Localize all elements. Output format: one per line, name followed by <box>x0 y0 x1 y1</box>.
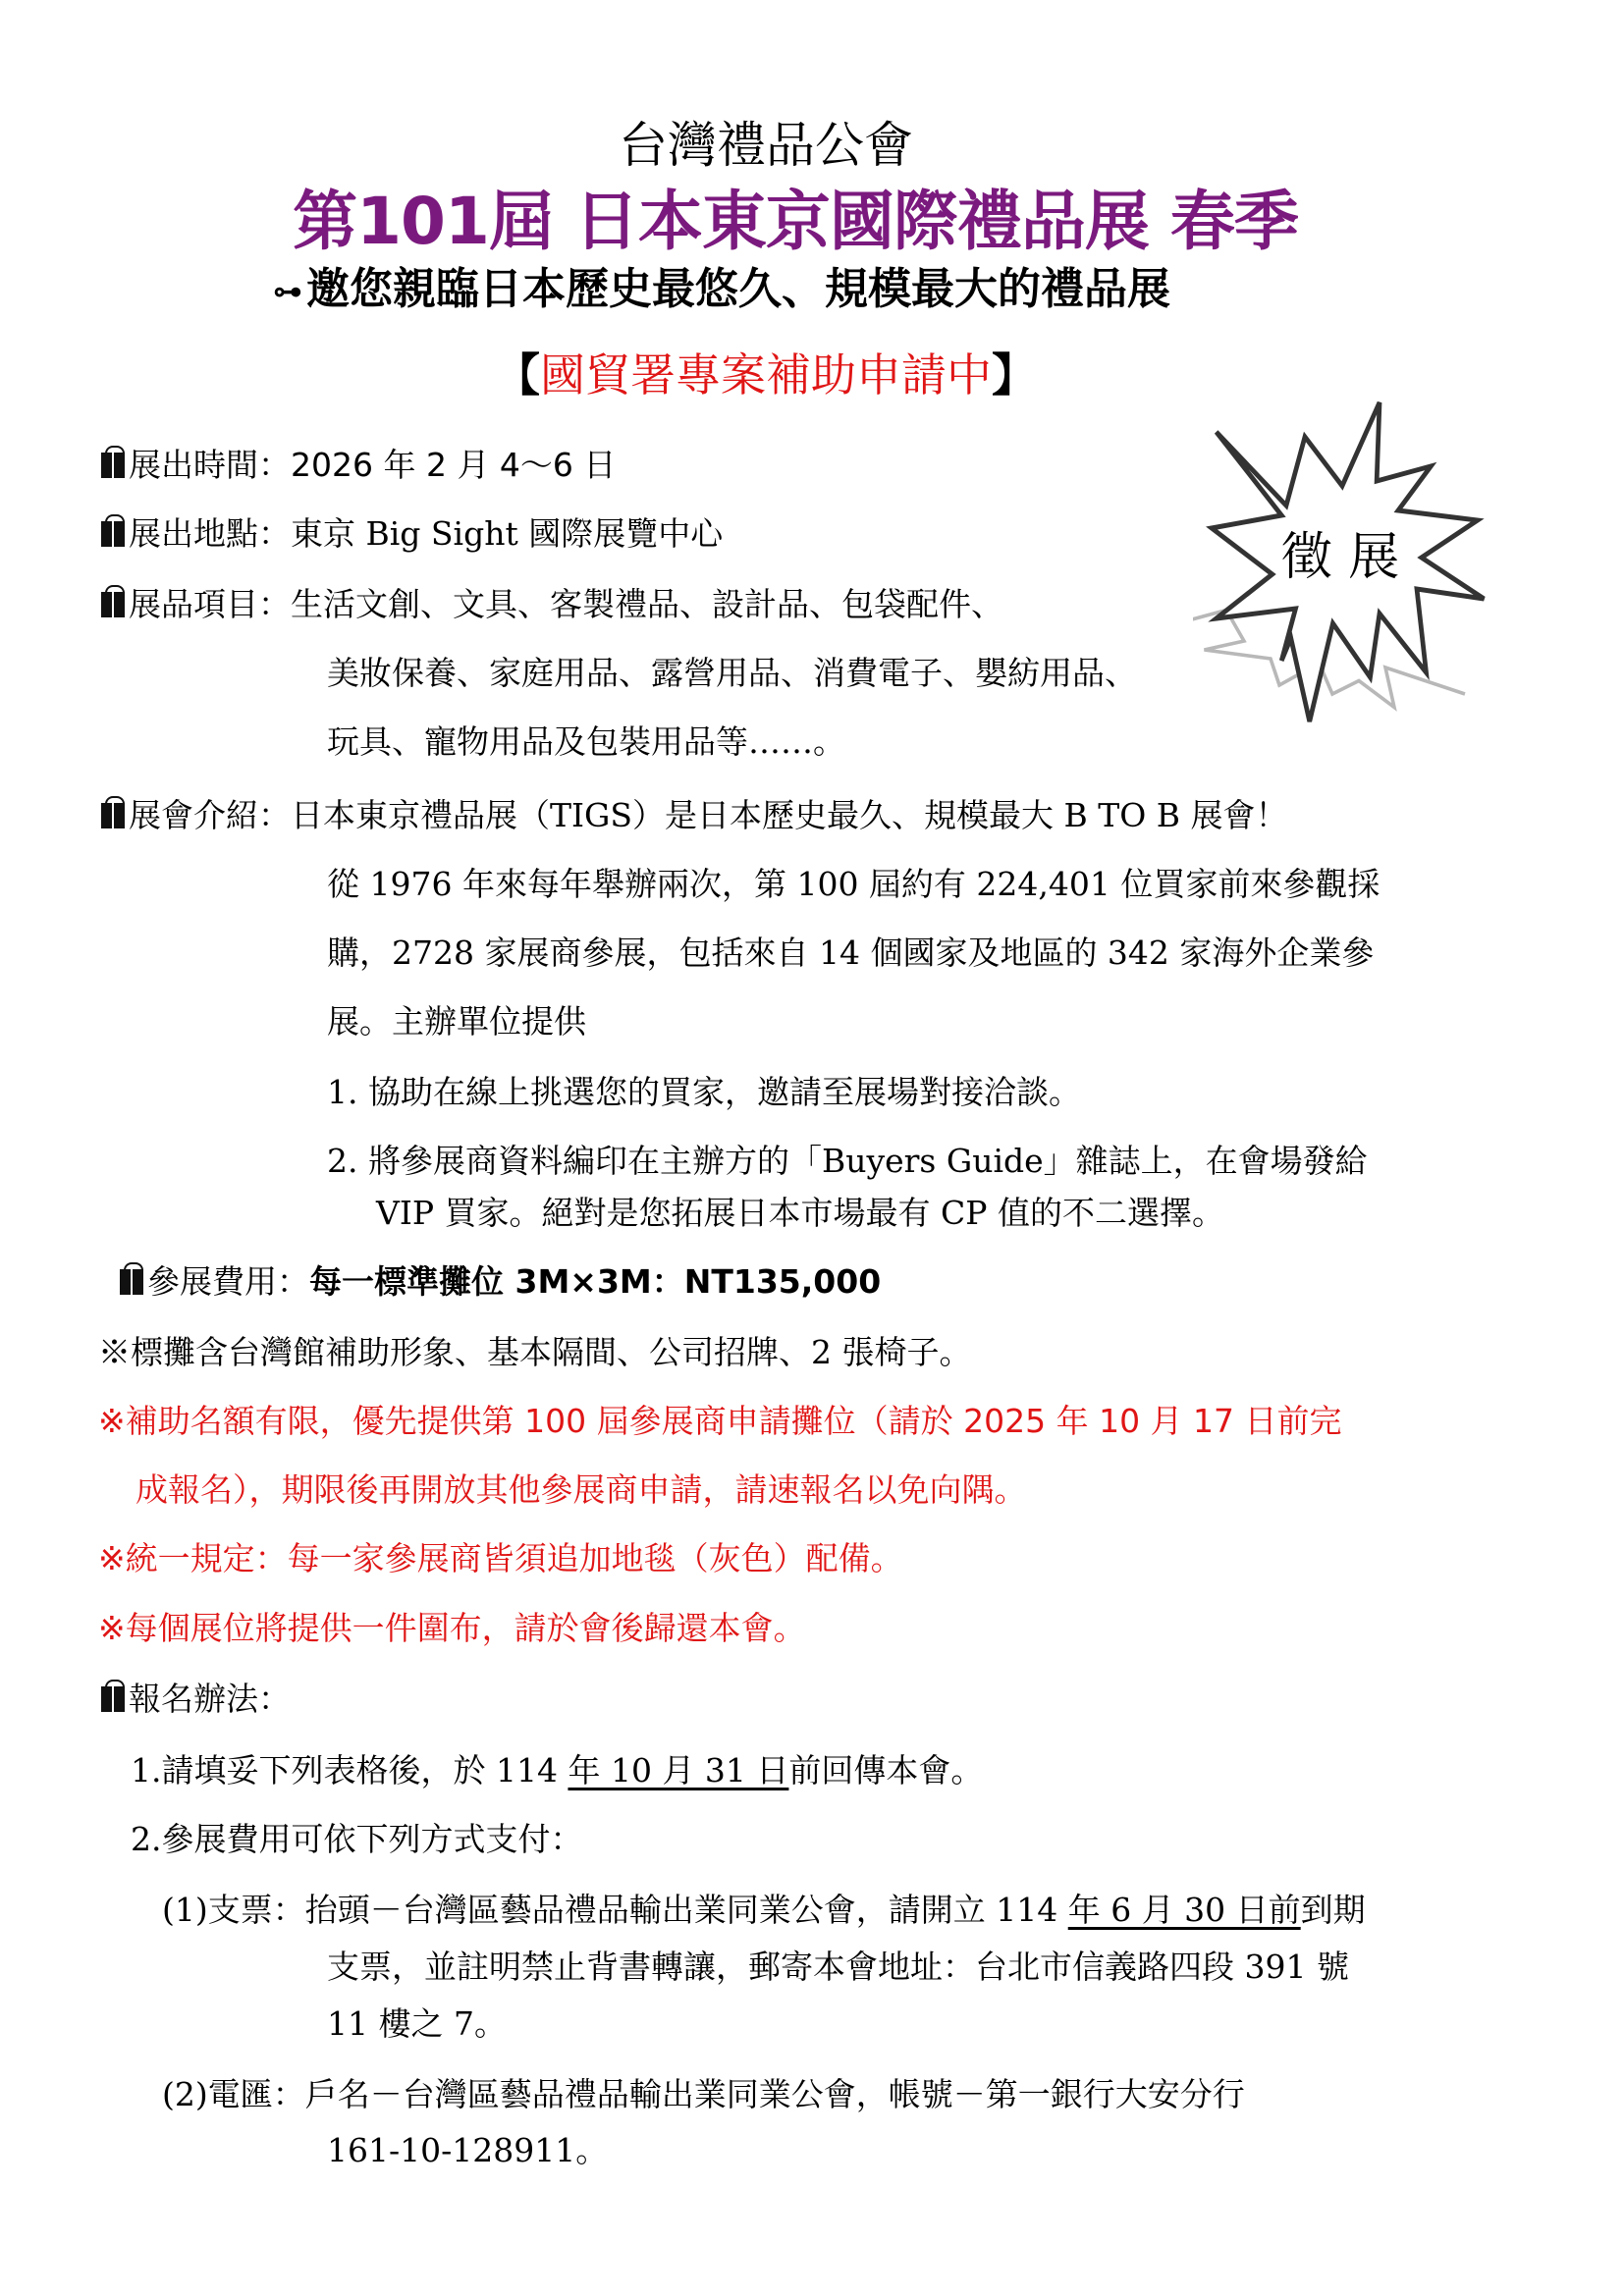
cheque-line: (1)支票：抬頭－台灣區藝品禮品輸出業同業公會，請開立 114 年 6 月 30… <box>162 1885 1366 1931</box>
items-line: 美妝保養、家庭用品、露營用品、消費電子、嬰紡用品、 <box>327 648 1137 694</box>
registration-row: 報名辦法： <box>101 1674 291 1720</box>
items-row: 展品項目：生活文創、文具、客製禮品、設計品、包袋配件、 <box>101 579 1003 625</box>
booth-includes-note: ※標攤含台灣館補助形象、基本隔間、公司招牌、2 張椅子。 <box>98 1327 972 1373</box>
date-row: 展出時間：2026 年 2 月 4～6 日 <box>101 440 616 486</box>
venue-value: 東京 Big Sight 國際展覽中心 <box>291 514 723 553</box>
subtitle-text: 邀您親臨日本歷史最悠久、規模最大的禮品展 <box>306 264 1170 314</box>
wire-line: (2)電匯：戶名－台灣區藝品禮品輸出業同業公會，帳號－第一銀行大安分行 <box>162 2069 1245 2115</box>
fee-row: 參展費用：每一標準攤位 3M×3M：NT135,000 <box>120 1256 881 1303</box>
limited-note: ※補助名額有限，優先提供第 100 屆參展商申請攤位（請於 2025 年 10 … <box>98 1396 1342 1442</box>
carpet-note: ※統一規定：每一家參展商皆須追加地毯（灰色）配備。 <box>98 1533 903 1579</box>
limited-note-cont: 成報名），期限後再開放其他參展商申請，請速報名以免向隅。 <box>135 1465 1027 1511</box>
fee-value: 每一標準攤位 3M×3M：NT135,000 <box>309 1262 881 1301</box>
fee-label: 參展費用： <box>147 1262 309 1301</box>
bracket-open: 【 <box>495 348 540 401</box>
items-line: 玩具、寵物用品及包裝用品等……。 <box>327 717 845 763</box>
intro-line: 從 1976 年來每年舉辦兩次，第 100 屆約有 224,401 位買家前來參… <box>327 859 1380 905</box>
gift-icon <box>120 1269 143 1295</box>
deadline-date: 年 10 月 31 日 <box>568 1751 788 1789</box>
organization-name: 台灣禮品公會 <box>0 106 1532 177</box>
step1-text: 1.請填妥下列表格後，於 114 <box>131 1751 568 1789</box>
venue-row: 展出地點：東京 Big Sight 國際展覽中心 <box>101 508 723 555</box>
intro-row: 展會介紹：日本東京禮品展（TIGS）是日本歷史最久、規模最大 B TO B 展會… <box>101 790 1288 836</box>
benefit-item: 2. 將參展商資料編印在主辦方的「Buyers Guide」雜誌上，在會場發給 <box>327 1136 1368 1182</box>
items-label: 展品項目： <box>129 585 291 623</box>
registration-step-1: 1.請填妥下列表格後，於 114 年 10 月 31 日前回傳本會。 <box>131 1745 983 1791</box>
gift-icon <box>101 521 125 547</box>
subtitle: ⊶邀您親臨日本歷史最悠久、規模最大的禮品展 <box>273 253 1170 316</box>
gift-icon <box>101 453 125 478</box>
cheque-date: 年 6 月 30 日前 <box>1068 1891 1301 1929</box>
intro-line: 展。主辦單位提供 <box>327 996 586 1042</box>
registration-step-2: 2.參展費用可依下列方式支付： <box>131 1814 583 1860</box>
intro-line: 購，2728 家展商參展，包括來自 14 個國家及地區的 342 家海外企業參 <box>327 928 1374 974</box>
benefit-item-cont: VIP 買家。絕對是您拓展日本市場最有 CP 值的不二選擇。 <box>376 1188 1224 1234</box>
badge-text: 徵 展 <box>1281 528 1400 587</box>
wire-account: 161-10-128911。 <box>327 2125 608 2171</box>
subsidy-text: 國貿署專案補助申請中 <box>540 348 992 401</box>
step1-text-end: 前回傳本會。 <box>788 1751 983 1789</box>
date-value: 2026 年 2 月 4～6 日 <box>291 446 616 484</box>
cheque-text-end: 到期 <box>1301 1891 1366 1929</box>
items-line: 生活文創、文具、客製禮品、設計品、包袋配件、 <box>291 585 1003 623</box>
key-icon: ⊶ <box>273 275 302 309</box>
registration-label: 報名辦法： <box>129 1680 291 1718</box>
venue-label: 展出地點： <box>129 514 291 553</box>
bracket-close: 】 <box>992 348 1037 401</box>
page-title: 第101屆 日本東京國際禮品展 春季 <box>0 169 1591 262</box>
intro-line: 日本東京禮品展（TIGS）是日本歷史最久、規模最大 B TO B 展會！ <box>291 796 1288 834</box>
date-label: 展出時間： <box>129 446 291 484</box>
benefit-item: 1. 協助在線上挑選您的買家，邀請至展場對接洽談。 <box>327 1067 1081 1113</box>
gift-icon <box>101 803 125 828</box>
cheque-text: (1)支票：抬頭－台灣區藝品禮品輸出業同業公會，請開立 114 <box>162 1891 1068 1929</box>
intro-label: 展會介紹： <box>129 796 291 834</box>
apron-note: ※每個展位將提供一件圍布，請於會後歸還本會。 <box>98 1603 806 1649</box>
gift-icon <box>101 1686 125 1712</box>
starburst-badge: 徵 展 <box>1193 383 1546 726</box>
cheque-line: 11 樓之 7。 <box>327 1999 507 2045</box>
cheque-line: 支票，並註明禁止背書轉讓，郵寄本會地址：台北市信義路四段 391 號 <box>327 1942 1349 1988</box>
gift-icon <box>101 592 125 617</box>
